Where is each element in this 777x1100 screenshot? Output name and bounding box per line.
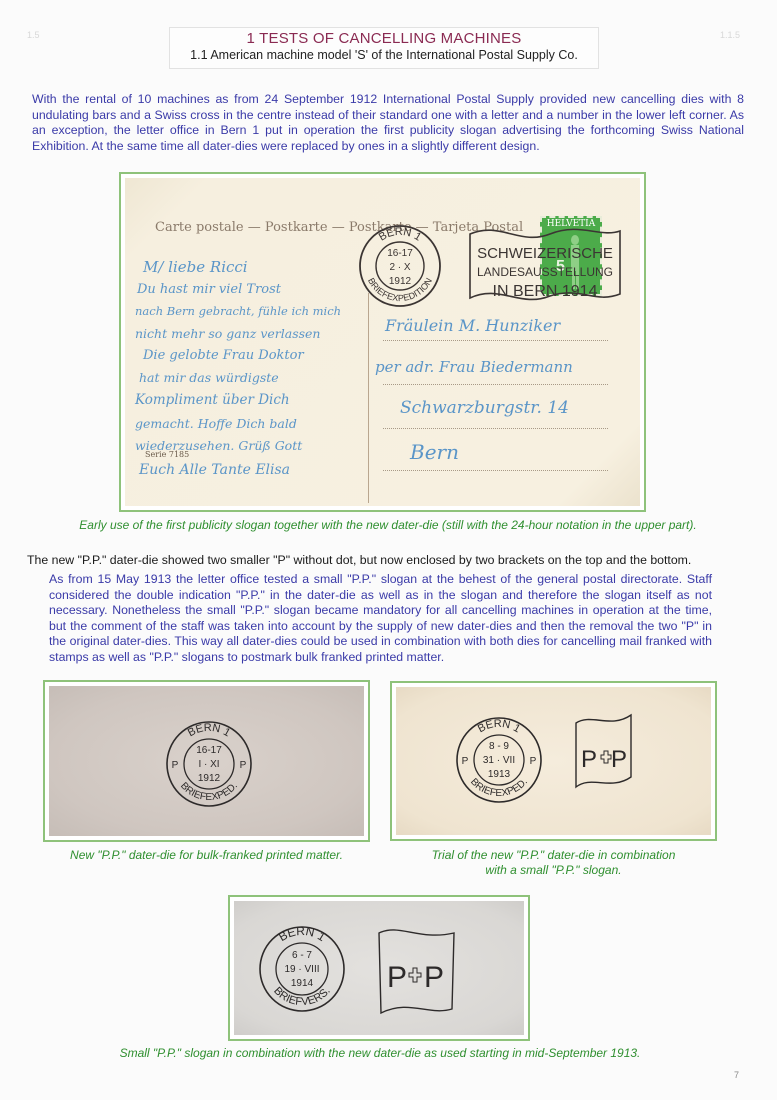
svg-text:P: P	[424, 961, 444, 994]
svg-text:LANDESAUSSTELLUNG: LANDESAUSSTELLUNG	[477, 265, 613, 279]
address-line	[383, 470, 608, 471]
svg-text:1912: 1912	[198, 773, 221, 784]
svg-text:SCHWEIZERISCHE: SCHWEIZERISCHE	[477, 245, 613, 262]
pp-dater-and-slogan-1914: 6 - 7 19 · VIII 1914 BERN 1 BRIEFVERS. P…	[254, 911, 484, 1035]
svg-text:2 · X: 2 · X	[389, 262, 410, 273]
pp-dater-and-slogan-1913: 8 - 9 31 · VII 1913 BERN 1 BRIEFEXPED. P…	[451, 705, 701, 825]
exhibit3-frame: 8 - 9 31 · VII 1913 BERN 1 BRIEFEXPED. P…	[390, 681, 717, 841]
left-section-ref: 1.5	[27, 30, 40, 40]
postcard: Carte postale — Postkarte — Postkarte — …	[125, 178, 640, 506]
right-section-ref: 1.1.5	[720, 30, 740, 40]
svg-text:1914: 1914	[291, 978, 314, 989]
svg-text:P: P	[172, 760, 179, 771]
pp-paragraph: As from 15 May 1913 the letter office te…	[49, 572, 712, 665]
svg-text:P: P	[387, 961, 407, 994]
svg-text:P: P	[462, 756, 469, 767]
svg-text:I · XI: I · XI	[198, 759, 219, 770]
svg-text:1912: 1912	[389, 276, 412, 287]
svg-text:BERN 1: BERN 1	[276, 924, 328, 944]
svg-text:1913: 1913	[488, 769, 511, 780]
svg-text:P: P	[240, 760, 247, 771]
pp-heading: The new "P.P." dater-die showed two smal…	[27, 553, 757, 568]
page-number: 7	[734, 1070, 739, 1080]
address-line	[383, 384, 608, 385]
svg-text:P: P	[611, 746, 627, 773]
exhibition-slogan-cancel: SCHWEIZERISCHE LANDESAUSSTELLUNG IN BERN…	[355, 216, 625, 316]
page-title: 1 TESTS OF CANCELLING MACHINES	[170, 30, 598, 47]
exhibit2-cover: 16-17 I · XI 1912 BERN 1 BRIEFEXPED. P P	[49, 686, 364, 836]
title-box: 1 TESTS OF CANCELLING MACHINES 1.1 Ameri…	[169, 27, 599, 69]
address-line	[383, 340, 608, 341]
svg-text:16-17: 16-17	[196, 745, 222, 756]
postcard-divider	[368, 293, 369, 503]
intro-paragraph: With the rental of 10 machines as from 2…	[32, 92, 744, 154]
svg-text:P: P	[581, 746, 597, 773]
exhibit1-caption: Early use of the first publicity slogan …	[30, 518, 746, 533]
exhibit4-caption: Small "P.P." slogan in combination with …	[40, 1046, 720, 1061]
svg-text:IN BERN 1914: IN BERN 1914	[493, 283, 598, 300]
exhibit-postcard-frame: Carte postale — Postkarte — Postkarte — …	[119, 172, 646, 512]
exhibit4-cover: 6 - 7 19 · VIII 1914 BERN 1 BRIEFVERS. P…	[234, 901, 524, 1035]
series-number: Serie 7185	[145, 450, 189, 459]
pp-dater-1912: 16-17 I · XI 1912 BERN 1 BRIEFEXPED. P P	[149, 706, 269, 826]
exhibit2-frame: 16-17 I · XI 1912 BERN 1 BRIEFEXPED. P P	[43, 680, 370, 842]
exhibit2-caption: New "P.P." dater-die for bulk-franked pr…	[43, 848, 370, 863]
svg-text:31 · VII: 31 · VII	[483, 755, 515, 766]
exhibit3-cover: 8 - 9 31 · VII 1913 BERN 1 BRIEFEXPED. P…	[396, 687, 711, 835]
exhibit4-frame: 6 - 7 19 · VIII 1914 BERN 1 BRIEFVERS. P…	[228, 895, 530, 1041]
svg-text:P: P	[530, 756, 537, 767]
page-subtitle: 1.1 American machine model 'S' of the In…	[170, 48, 598, 62]
svg-text:19 · VIII: 19 · VIII	[284, 964, 319, 975]
svg-text:6 - 7: 6 - 7	[292, 950, 312, 961]
exhibit3-caption: Trial of the new "P.P." dater-die in com…	[390, 848, 717, 878]
address-line	[383, 428, 608, 429]
svg-text:8 - 9: 8 - 9	[489, 741, 509, 752]
svg-text:16-17: 16-17	[387, 248, 413, 259]
